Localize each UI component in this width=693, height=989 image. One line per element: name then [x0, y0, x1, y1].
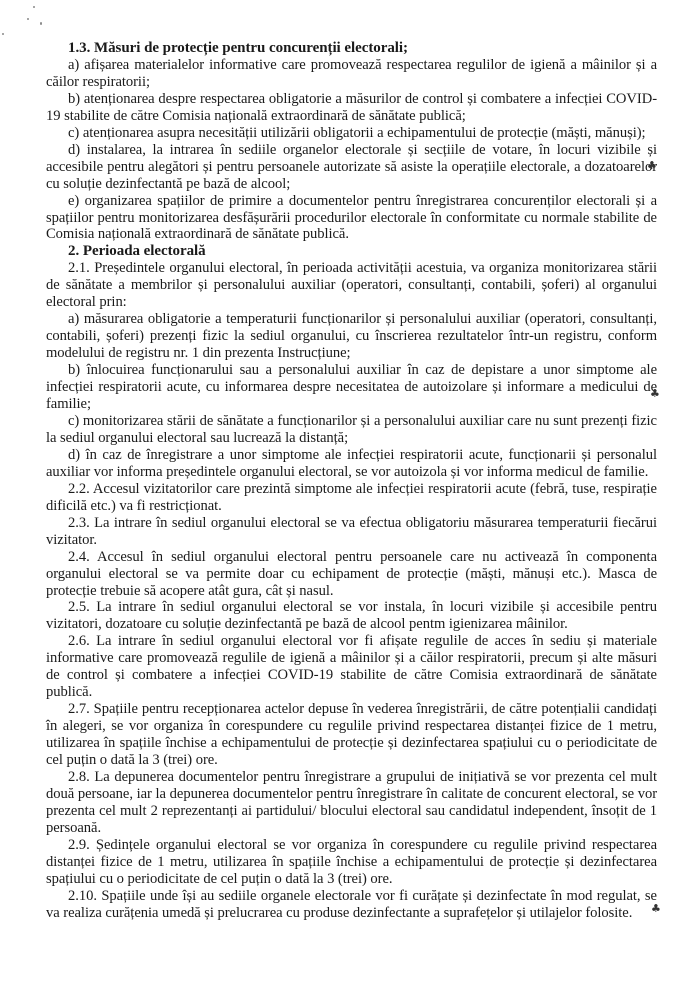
margin-initial-mark: ♣: [650, 388, 660, 399]
margin-initial-mark: ♣: [651, 903, 661, 914]
scan-speck: [40, 22, 42, 25]
scan-speck: [27, 18, 29, 20]
paragraph-1-3-c: c) atenționarea asupra necesității utili…: [46, 125, 657, 142]
paragraph-2-1-c: c) monitorizarea stării de sănătate a fu…: [46, 413, 657, 447]
paragraph-2-7: 2.7. Spațiile pentru recepționarea actel…: [46, 701, 657, 769]
section-heading-1-3: 1.3. Măsuri de protecție pentru concuren…: [46, 40, 657, 57]
paragraph-2-5: 2.5. La intrare în sediul organului elec…: [46, 599, 657, 633]
paragraph-1-3-e: e) organizarea spațiilor de primire a do…: [46, 193, 657, 244]
scan-speck: [33, 6, 35, 8]
paragraph-2-1-d: d) în caz de înregistrare a unor simptom…: [46, 447, 657, 481]
margin-initial-mark: ♣: [647, 160, 657, 171]
paragraph-1-3-b: b) atenționarea despre respectarea oblig…: [46, 91, 657, 125]
document-page: 1.3. Măsuri de protecție pentru concuren…: [46, 40, 657, 922]
paragraph-2-6: 2.6. La intrare în sediul organului elec…: [46, 633, 657, 701]
paragraph-2-8: 2.8. La depunerea documentelor pentru în…: [46, 769, 657, 837]
paragraph-2-1-b: b) înlocuirea funcționarului sau a perso…: [46, 362, 657, 413]
paragraph-2-10: 2.10. Spațiile unde își au sediile organ…: [46, 888, 657, 922]
paragraph-1-3-a: a) afișarea materialelor informative car…: [46, 57, 657, 91]
paragraph-2-1-a: a) măsurarea obligatorie a temperaturii …: [46, 311, 657, 362]
paragraph-2-2: 2.2. Accesul vizitatorilor care prezintă…: [46, 481, 657, 515]
paragraph-2-9: 2.9. Ședințele organului electoral se vo…: [46, 837, 657, 888]
scan-speck: [2, 33, 4, 35]
paragraph-2-4: 2.4. Accesul în sediul organului elector…: [46, 549, 657, 600]
paragraph-1-3-d: d) instalarea, la intrarea în sediile or…: [46, 142, 657, 193]
section-heading-2: 2. Perioada electorală: [46, 243, 657, 260]
paragraph-2-3: 2.3. La intrare în sediul organului elec…: [46, 515, 657, 549]
paragraph-2-1: 2.1. Președintele organului electoral, î…: [46, 260, 657, 311]
